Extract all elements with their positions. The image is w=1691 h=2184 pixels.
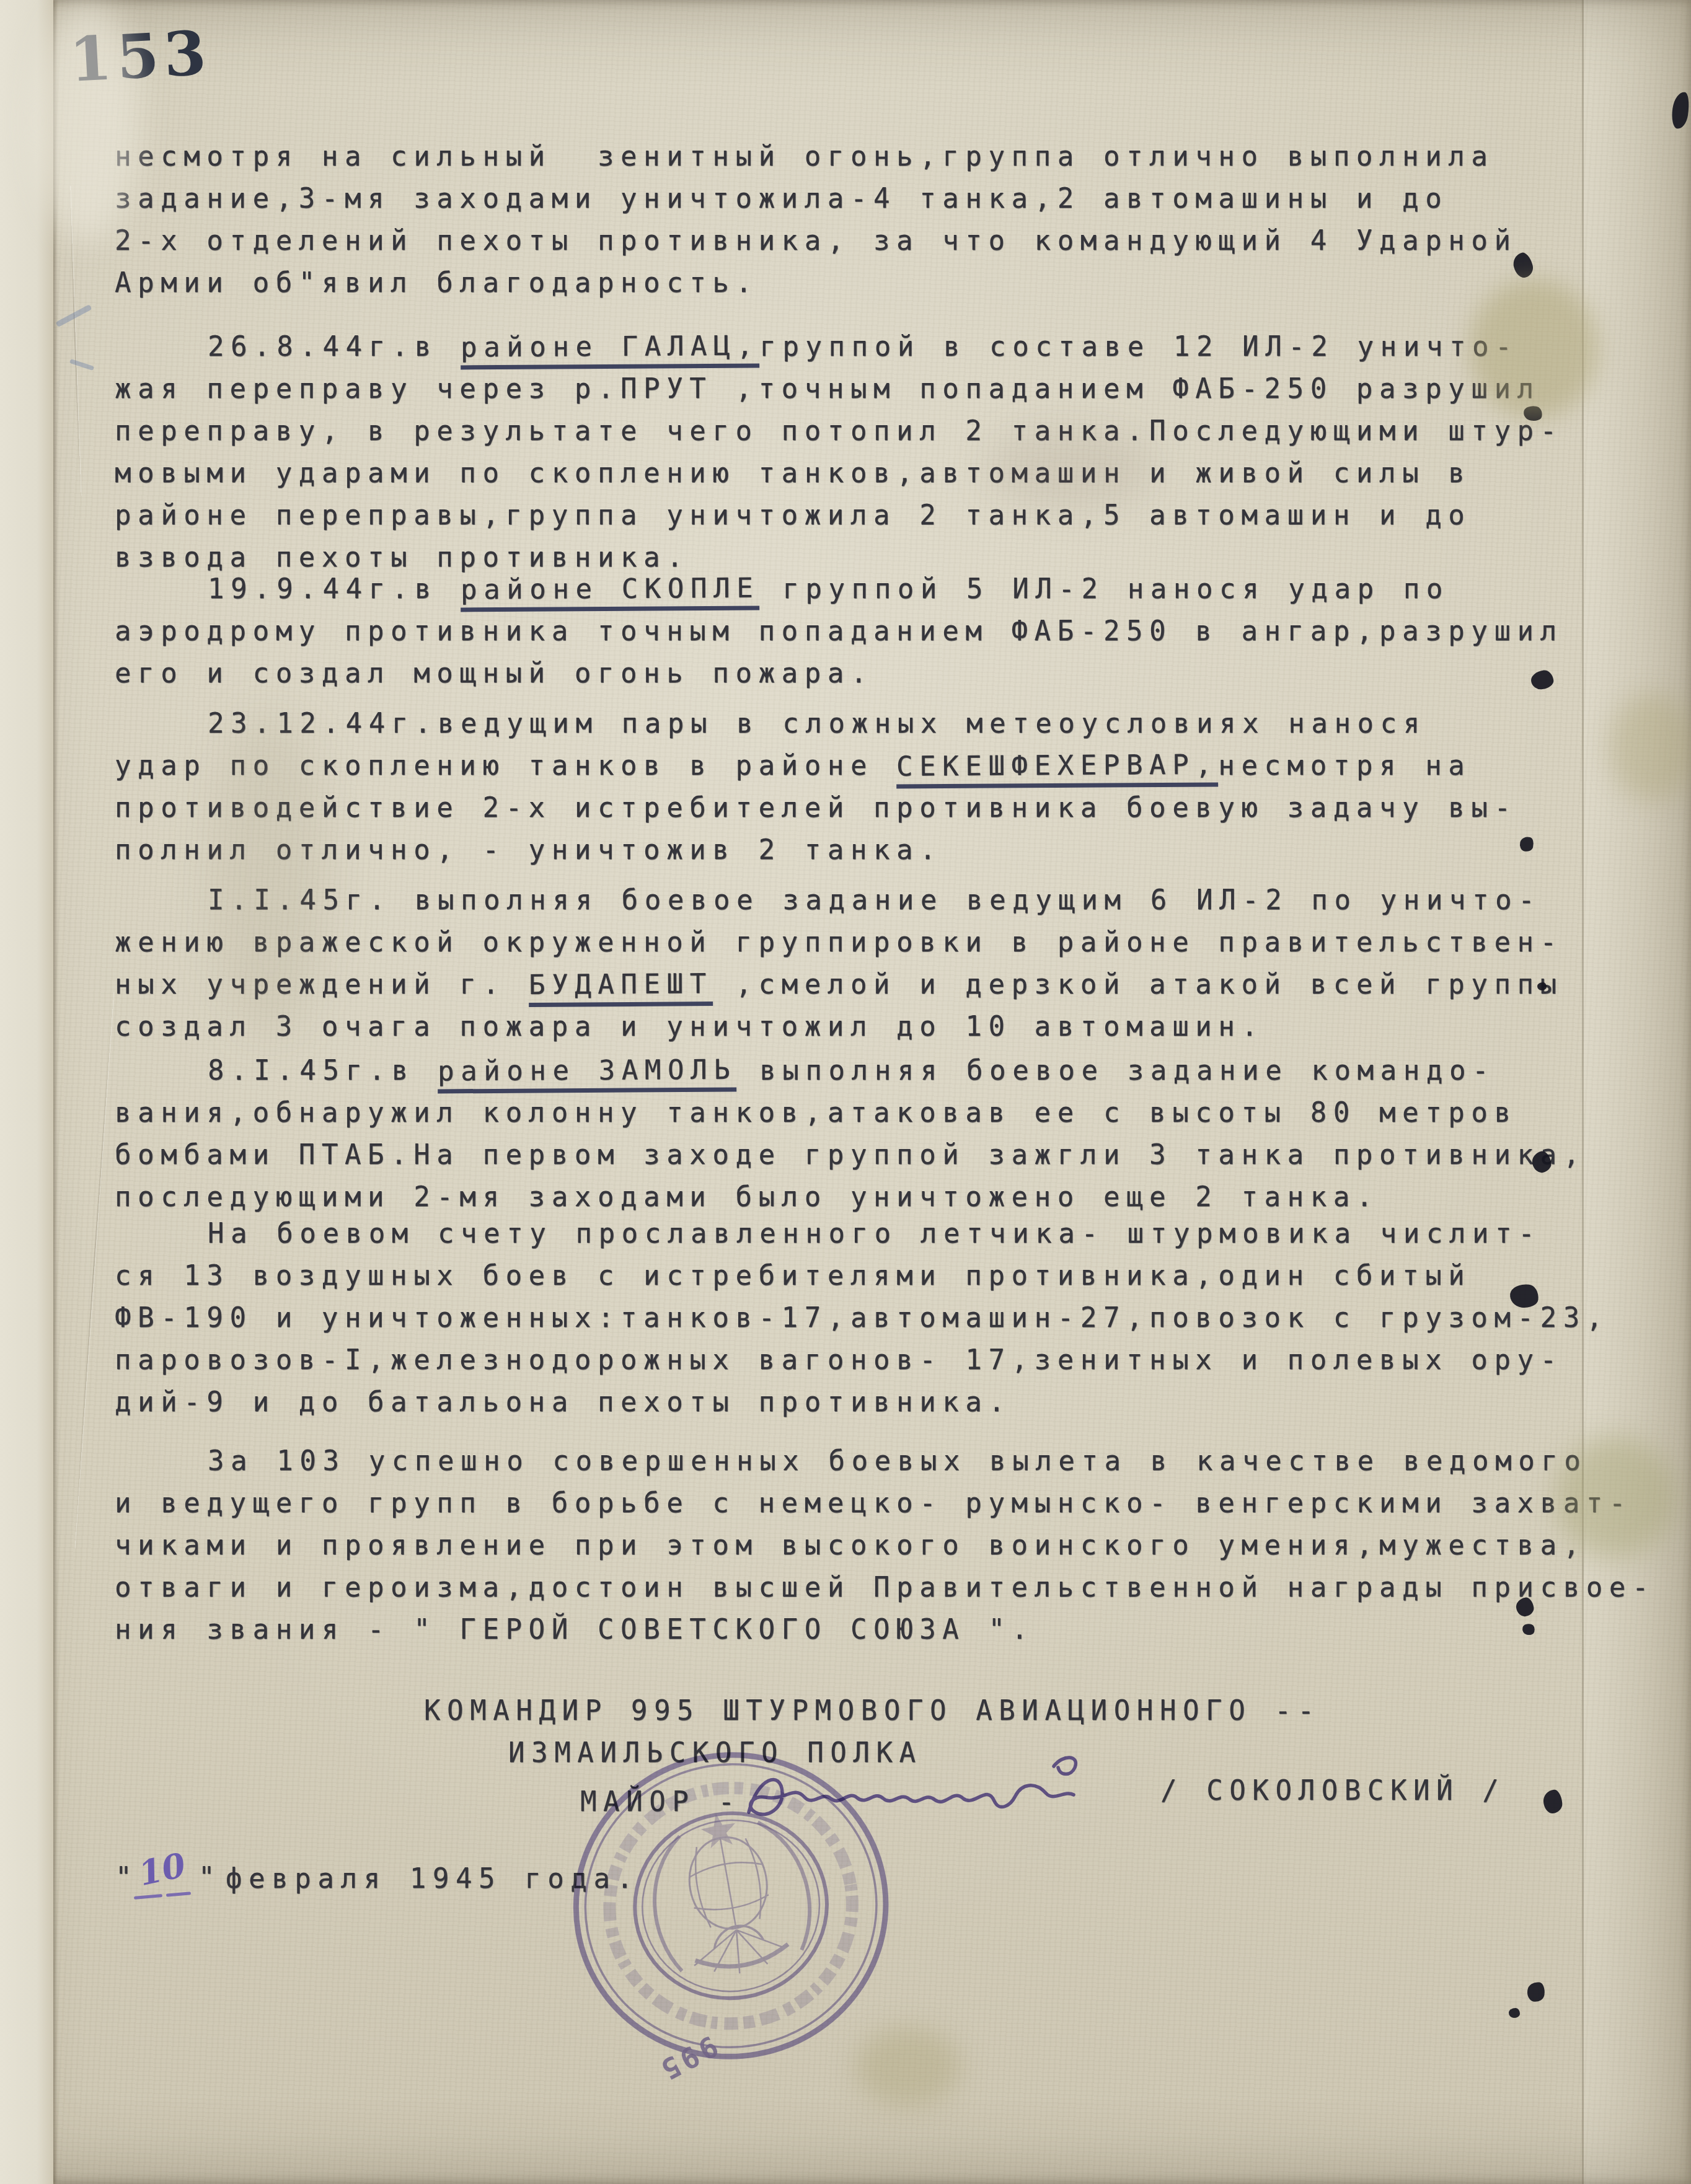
- ink-underline: БУДАПЕШТ: [528, 967, 712, 1007]
- ink-blob: [1521, 1623, 1536, 1637]
- date-day-underline: [166, 1891, 191, 1896]
- text-line: 19.9.44г.в районе СКОПЛЕ группой 5 ИЛ-2 …: [208, 572, 1449, 611]
- paper-stain: [986, 428, 1153, 508]
- date-day-handwritten: 10: [135, 1845, 189, 1893]
- paper-stain: [34, 0, 139, 242]
- page-edge-left: [0, 0, 53, 2184]
- date-close-quote: ": [198, 1860, 221, 1895]
- text-line: ния звания - " ГЕРОЙ СОВЕТСКОГО СОЮЗА ".: [115, 1613, 1035, 1647]
- text-line: На боевом счету прославленного летчика- …: [208, 1217, 1541, 1251]
- text-line: Армии об"явил благодарность.: [115, 266, 759, 301]
- ink-blob: [1526, 1981, 1546, 2003]
- text-line: дий-9 и до батальона пехоты противника.: [115, 1385, 1012, 1420]
- page-edge-right: [1584, 0, 1691, 2184]
- ink-blob: [1518, 835, 1535, 853]
- text-line: жая переправу через р.ПРУТ ,точным попад…: [115, 372, 1540, 407]
- text-line: паровозов-I,железнодорожных вагонов- 17,…: [115, 1343, 1563, 1378]
- text-line: несмотря на сильный зенитный огонь,групп…: [115, 139, 1494, 174]
- ink-blob: [1542, 1789, 1563, 1814]
- stamp-number: 995: [652, 2029, 723, 2082]
- text-line: аэродрому противника точным попаданием Ф…: [115, 614, 1563, 649]
- ink-blob: [1530, 669, 1555, 691]
- signature-line-name: / СОКОЛОВСКИЙ /: [1160, 1774, 1505, 1808]
- signature-flourish: [1054, 1758, 1075, 1774]
- paper-stain: [1469, 279, 1599, 418]
- text-line: удар по скоплению танков в районе СЕКЕШФ…: [115, 749, 1471, 788]
- text-line: 23.12.44г.ведущим пары в сложных метеоус…: [208, 707, 1426, 741]
- text-line: вания,обнаружил колонну танков,атаковав …: [115, 1096, 1517, 1130]
- signature-line-commander: КОМАНДИР 995 ШТУРМОВОГО АВИАЦИОННОГО --: [424, 1694, 1321, 1728]
- text-line: взвода пехоты противника.: [115, 540, 689, 575]
- text-line: ся 13 воздушных боев с истребителями про…: [115, 1259, 1471, 1293]
- pencil-smudge: [69, 359, 94, 371]
- stamp-coat-of-arms: [640, 1800, 819, 1986]
- text-line: 2-х отделений пехоты противника, за что …: [115, 224, 1517, 258]
- paper-stain: [855, 2027, 961, 2107]
- paper-stain: [1609, 693, 1691, 801]
- svg-text:995: 995: [652, 2029, 723, 2082]
- date-open-quote: ": [115, 1860, 138, 1895]
- ink-underline: районе ГАЛАЦ,: [461, 329, 760, 370]
- text-line: последующими 2-мя заходами было уничтоже…: [115, 1180, 1379, 1215]
- text-line: жению вражеской окруженной группировки в…: [115, 925, 1563, 960]
- ink-underline: СЕКЕШФЕХЕРВАР,: [896, 747, 1219, 788]
- text-line: За 103 успешно совершенных боевых вылета…: [208, 1444, 1587, 1479]
- text-line: и ведущего групп в борьбе с немецко- рум…: [115, 1486, 1632, 1521]
- text-line: отваги и героизма,достоин высшей Правите…: [115, 1570, 1655, 1605]
- paper-crease: [74, 992, 114, 1549]
- text-line: его и создал мощный огонь пожара.: [115, 656, 873, 691]
- document-page: 153 несмотря на сильный зенитный огонь,г…: [0, 0, 1691, 2184]
- text-line: чиками и проявление при этом высокого во…: [115, 1528, 1586, 1563]
- text-line: ных учреждений г. БУДАПЕШТ ,смелой и дер…: [115, 967, 1563, 1006]
- text-line: задание,3-мя заходами уничтожила-4 танка…: [115, 182, 1448, 216]
- paper-stain: [1555, 1437, 1676, 1557]
- text-line: районе переправы,группа уничтожила 2 тан…: [115, 498, 1471, 533]
- text-line: ФВ-190 и уничтоженных:танков-17,автомаши…: [115, 1301, 1609, 1336]
- text-line: I.I.45г. выполняя боевое задание ведущим…: [208, 883, 1541, 918]
- text-line: бомбами ПТАБ.На первом заходе группой за…: [115, 1138, 1586, 1173]
- paper-stain: [211, 713, 329, 1035]
- ink-underline: районе ЗАМОЛЬ: [438, 1053, 737, 1094]
- regiment-seal-stamp: 995: [558, 1748, 905, 2082]
- text-line: мовыми ударами по скоплению танков,автом…: [115, 456, 1471, 491]
- text-line: переправу, в результате чего потопил 2 т…: [115, 414, 1563, 449]
- text-line: 8.I.45г.в районе ЗАМОЛЬ выполняя боевое …: [208, 1054, 1495, 1093]
- text-line: 26.8.44г.в районе ГАЛАЦ,группой в состав…: [208, 330, 1518, 369]
- stamp-ring-text-illegible: [591, 1769, 871, 2043]
- ink-blob: [1509, 2008, 1520, 2018]
- ink-underline: районе СКОПЛЕ: [461, 571, 760, 612]
- ink-blob: [1537, 982, 1547, 990]
